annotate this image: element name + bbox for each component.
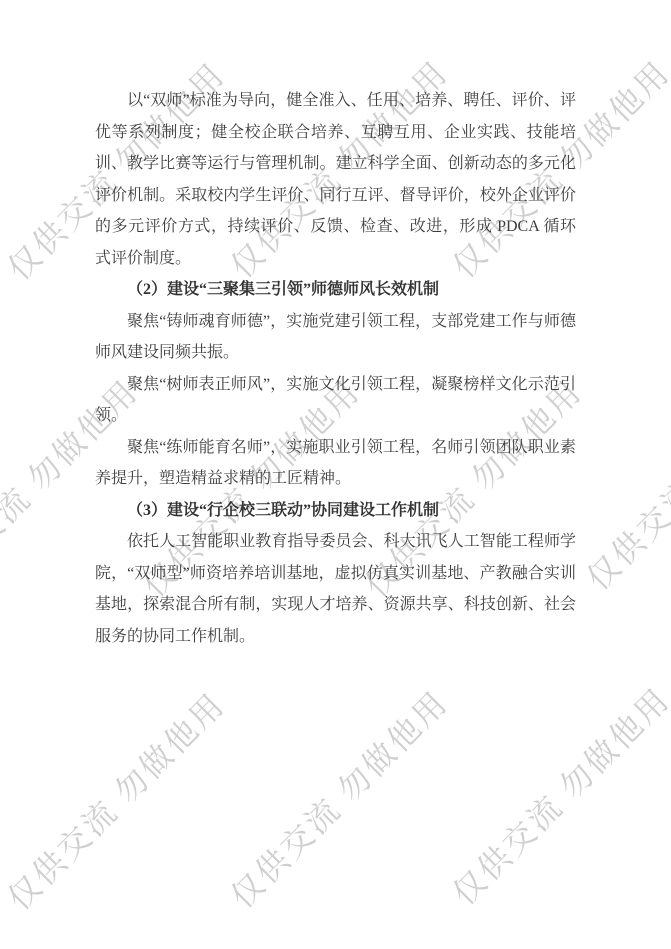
- body-paragraph: 聚焦“铸师魂育师德”，实施党建引领工程，支部党建工作与师德师风建设同频共振。: [95, 306, 576, 369]
- document-content: 以“双师”标准为导向，健全准入、任用、培养、聘任、评价、评优等系列制度；健全校企…: [95, 85, 576, 652]
- section-heading: （2）建设“三聚集三引领”师德师风长效机制: [95, 274, 576, 306]
- watermark-text: 仅供交流 勿做他用: [219, 679, 457, 917]
- body-paragraph: 聚焦“树师表正师风”，实施文化引领工程，凝聚榜样文化示范引领。: [95, 369, 576, 432]
- document-page: 仅供交流 勿做他用仅供交流 勿做他用仅供交流 勿做他用仅供交流 勿做他用仅供交流…: [0, 0, 671, 949]
- body-paragraph: 依托人工智能职业教育指导委员会、科大讯飞人工智能工程师学院，“双师型”师资培养培…: [95, 526, 576, 652]
- watermark-text: 仅供交流 勿做他用: [441, 676, 671, 914]
- section-heading: （3）建设“行企校三联动”协同建设工作机制: [95, 495, 576, 527]
- body-paragraph: 聚焦“练师能育名师”，实施职业引领工程，名师引领团队职业素养提升，塑造精益求精的…: [95, 432, 576, 495]
- watermark-text: 仅供交流 勿做他用: [0, 681, 234, 919]
- body-paragraph: 以“双师”标准为导向，健全准入、任用、培养、聘任、评价、评优等系列制度；健全校企…: [95, 85, 576, 274]
- watermark-text: 仅供交流 勿做他用: [575, 361, 671, 599]
